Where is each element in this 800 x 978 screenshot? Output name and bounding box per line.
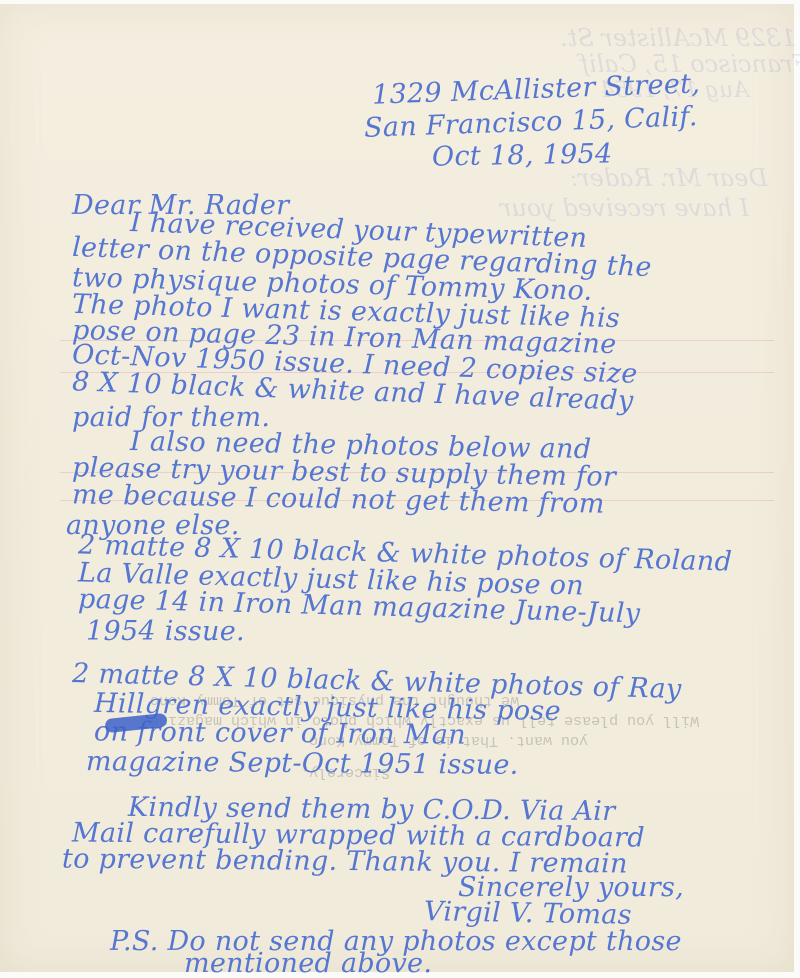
letter-paper: 1329 McAllister St. Francisco 15, Calif … [0, 4, 794, 972]
request-line: 1954 issue. [86, 616, 245, 647]
request-line: magazine Sept-Oct 1951 issue. [86, 746, 519, 781]
show-through-texture: 1329 McAllister St. [560, 24, 796, 52]
show-through-texture: I have received your [500, 194, 749, 222]
letter-date: Oct 18, 1954 [432, 138, 613, 172]
postscript-line: mentioned above. [184, 948, 432, 978]
